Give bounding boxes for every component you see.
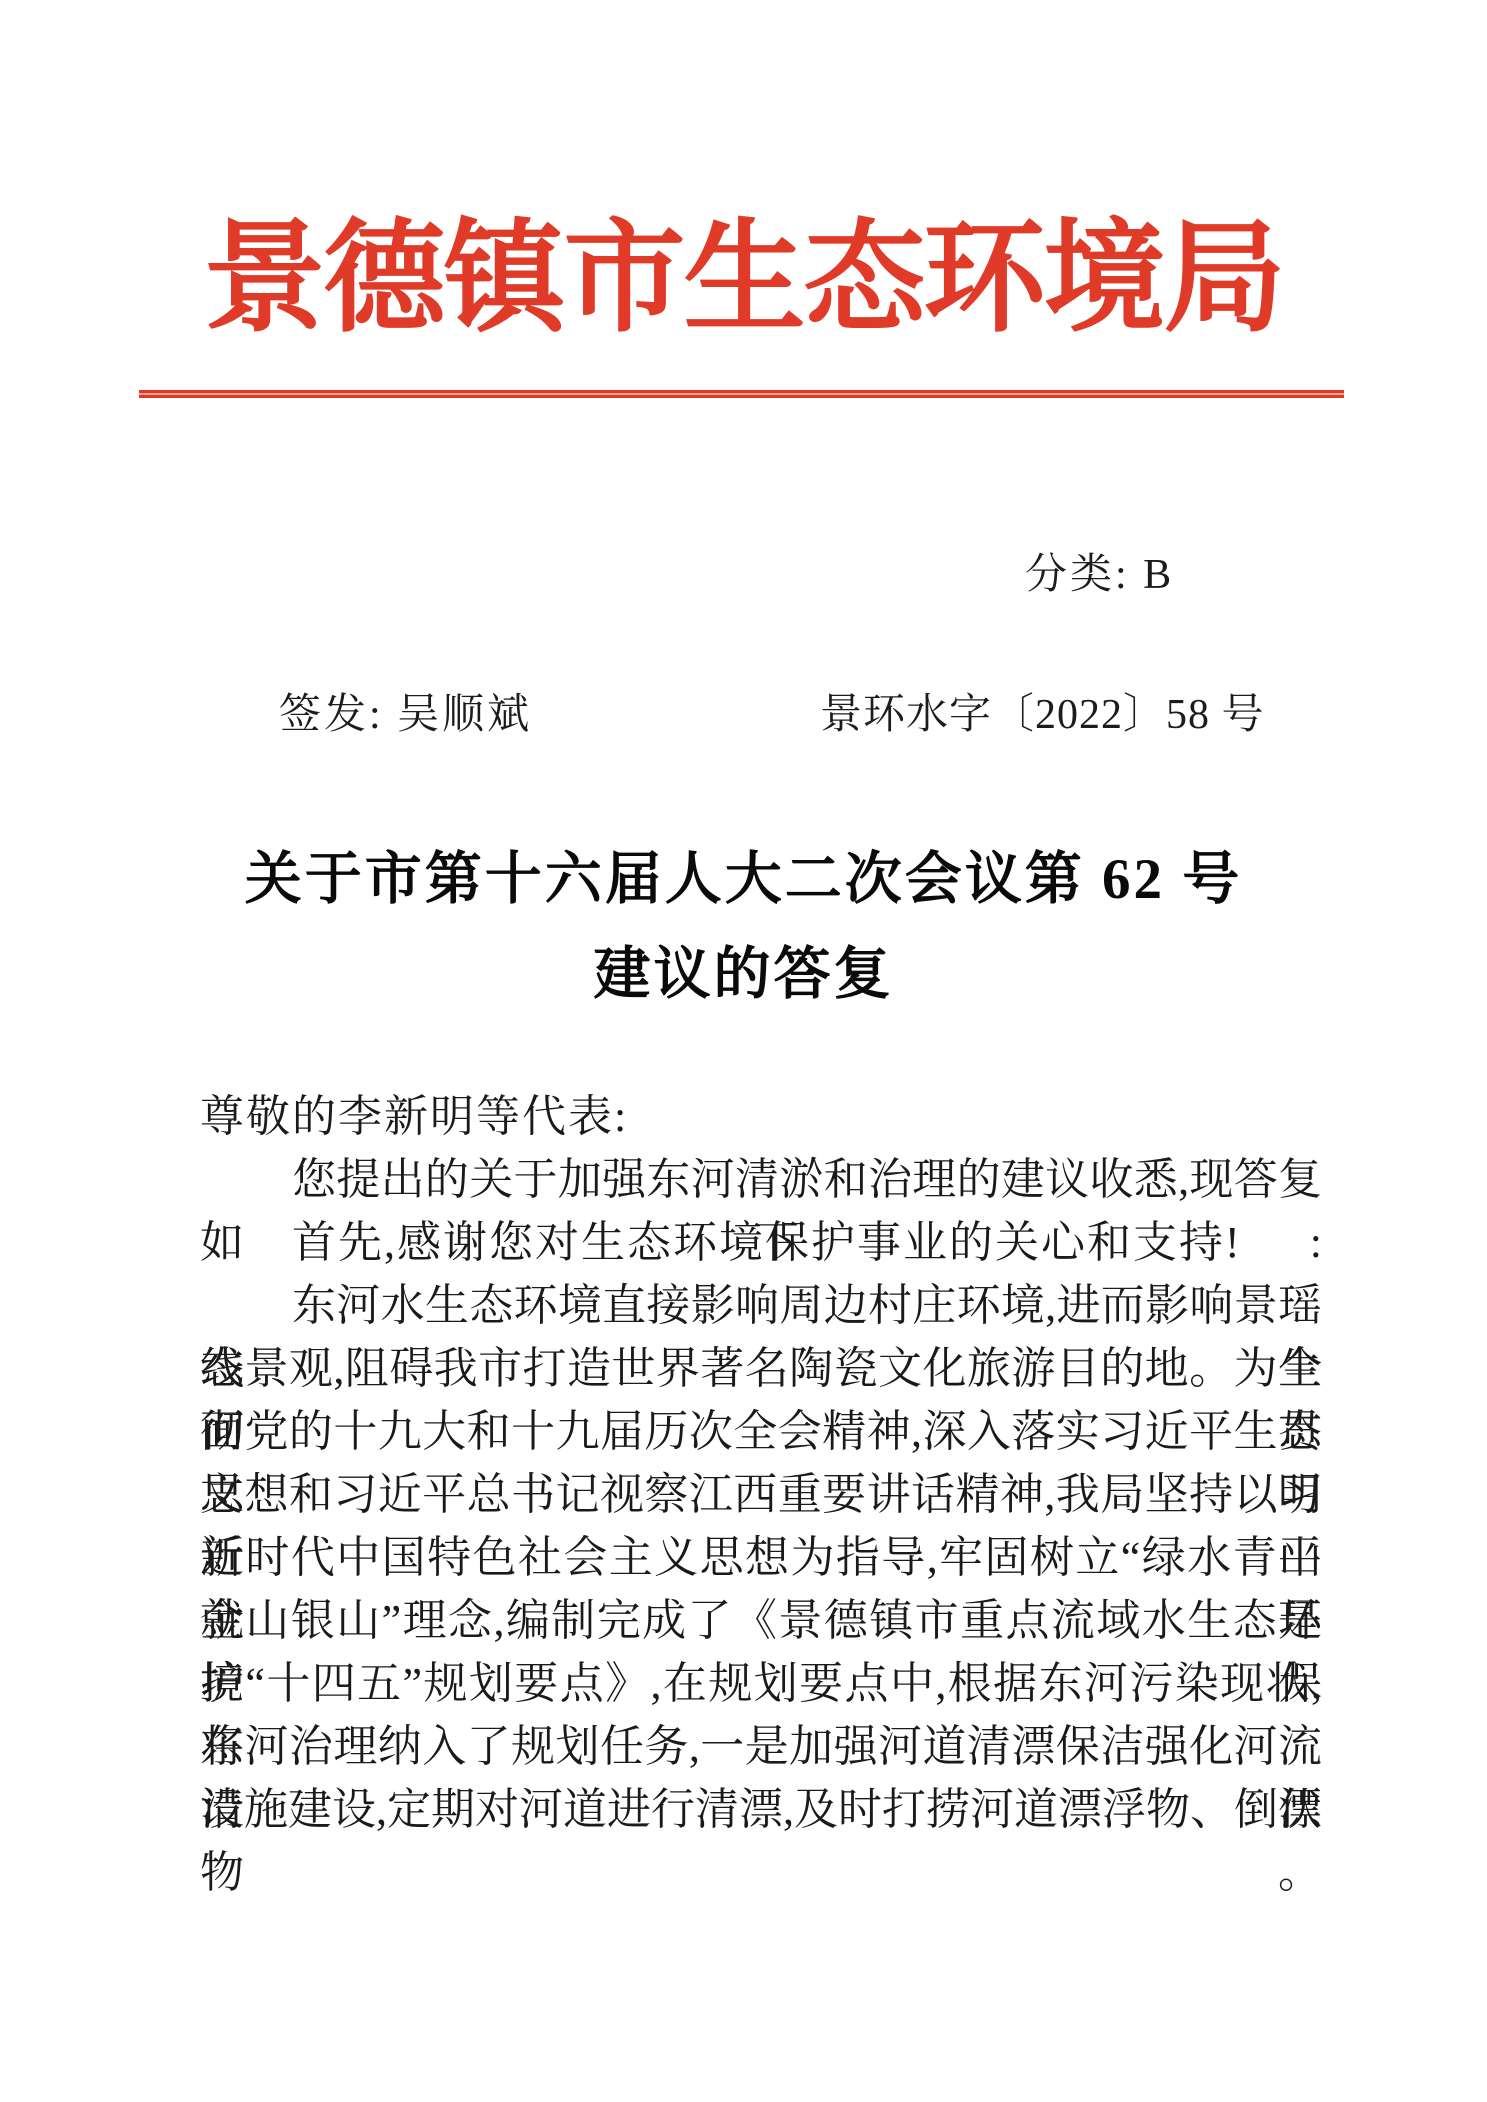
- agency-masthead-title: 景德镇市生态环境局: [0, 196, 1487, 364]
- document-title: 关于市第十六届人大二次会议第 62 号 建议的答复: [0, 832, 1487, 1022]
- issuer-line: 签发: 吴顺斌: [279, 690, 532, 740]
- body-line: 新时代中国特色社会主义思想为指导,牢固树立“绿水青山就是: [200, 1526, 1322, 1589]
- body-line: 东河水生态环境直接影响周边村庄环境,进而影响景瑶线生: [200, 1274, 1322, 1337]
- body-line: 设施建设,定期对河道进行清漂,及时打捞河道漂浮物、倒伏物。: [200, 1778, 1322, 1841]
- body-line: 首先,感谢您对生态环境保护事业的关心和支持!: [200, 1211, 1322, 1274]
- letter-body: 尊敬的李新明等代表: 您提出的关于加强东河清淤和治理的建议收悉,现答复如下: 首…: [200, 1085, 1322, 1841]
- body-line: 态景观,阻碍我市打造世界著名陶瓷文化旅游目的地。为全面贯: [200, 1337, 1322, 1400]
- document-title-line2: 建议的答复: [0, 927, 1487, 1022]
- document-title-line1: 关于市第十六届人大二次会议第 62 号: [0, 832, 1487, 927]
- body-line: 思想和习近平总书记视察江西重要讲话精神,我局坚持以习近平: [200, 1463, 1322, 1526]
- masthead-divider-rule: [139, 390, 1344, 398]
- salutation-line: 尊敬的李新明等代表:: [200, 1085, 1322, 1148]
- body-line: 您提出的关于加强东河清淤和治理的建议收悉,现答复如下:: [200, 1148, 1322, 1211]
- body-line: 彻党的十九大和十九届历次全会精神,深入落实习近平生态文明: [200, 1400, 1322, 1463]
- body-line: 护“十四五”规划要点》,在规划要点中,根据东河污染现状,将: [200, 1652, 1322, 1715]
- body-line: 东河治理纳入了规划任务,一是加强河道清漂保洁强化河流清漂: [200, 1715, 1322, 1778]
- document-number: 景环水字〔2022〕58 号: [820, 690, 1265, 740]
- classification-label: 分类: B: [1025, 550, 1174, 600]
- document-page: 景德镇市生态环境局 分类: B 签发: 吴顺斌 景环水字〔2022〕58 号 关…: [0, 0, 1487, 2102]
- body-line: 金山银山”理念,编制完成了《景德镇市重点流域水生态环境保: [200, 1589, 1322, 1652]
